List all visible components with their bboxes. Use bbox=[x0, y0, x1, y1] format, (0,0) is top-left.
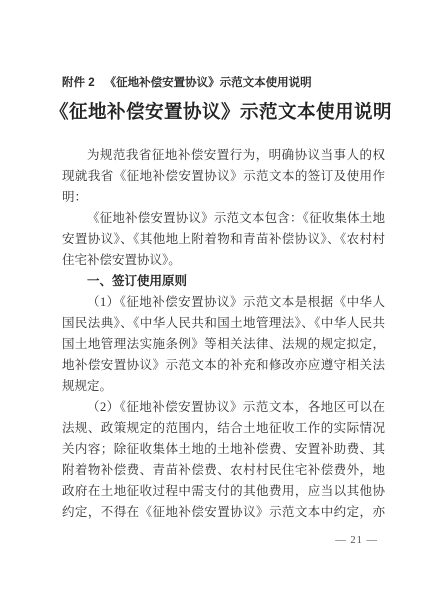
body-line-10: 国土地管理法实施条例》等相关法律、法规的规定拟定，对《征 bbox=[62, 334, 385, 355]
body-line-11: 地补偿安置协议》示范文本的补充和修改亦应遵守相关法律、法 bbox=[62, 355, 385, 376]
body-line-5: 安置协议》、《其他地上附着物和青苗补偿协议》、《农村村民 bbox=[62, 229, 385, 250]
body-line-15: 关内容；除征收集体土地的土地补偿费、安置补助费、其他地上 bbox=[62, 439, 385, 460]
page-number: — 21 — bbox=[335, 535, 378, 547]
body-line-2: 现就我省《征地补偿安置协议》示范文本的签订及使用作以下说 bbox=[62, 166, 385, 187]
body-line-3: 明： bbox=[62, 187, 385, 208]
document-body: 为规范我省征地补偿安置行为，明确协议当事人的权利义务， 现就我省《征地补偿安置协… bbox=[62, 145, 385, 523]
body-line-4: 《征地补偿安置协议》示范文本包含：《征收集体土地补偿 bbox=[62, 208, 385, 229]
body-line-1: 为规范我省征地补偿安置行为，明确协议当事人的权利义务， bbox=[62, 145, 385, 166]
body-line-13: （2）《征地补偿安置协议》示范文本，各地区可以在法律、 bbox=[62, 397, 385, 418]
body-line-14: 法规、政策规定的范围内，结合土地征收工作的实际情况补充相 bbox=[62, 418, 385, 439]
attachment-label: 附件 2 bbox=[62, 77, 95, 89]
body-line-8: （1）《征地补偿安置协议》示范文本是根据《中华人民共和 bbox=[62, 292, 385, 313]
body-line-6: 住宅补偿安置协议》。 bbox=[62, 250, 385, 271]
section-heading: 一、签订使用原则 bbox=[62, 271, 385, 292]
attachment-heading-title: 《征地补偿安置协议》示范文本使用说明 bbox=[105, 77, 312, 89]
body-line-18: 约定，不得在《征地补偿安置协议》示范文本中约定，亦不得作 bbox=[62, 502, 385, 523]
document-page: 附件 2《征地补偿安置协议》示范文本使用说明 《征地补偿安置协议》示范文本使用说… bbox=[0, 0, 424, 600]
body-line-9: 国民法典》、《中华人民共和国土地管理法》、《中华人民共和 bbox=[62, 313, 385, 334]
body-line-17: 政府在土地征收过程中需支付的其他费用，应当以其他协议进行 bbox=[62, 481, 385, 502]
document-title: 《征地补偿安置协议》示范文本使用说明 bbox=[40, 100, 402, 126]
body-line-12: 规规定。 bbox=[62, 376, 385, 397]
body-line-16: 附着物补偿费、青苗补偿费、农村村民住宅补偿费外，地方人民 bbox=[62, 460, 385, 481]
attachment-heading: 附件 2《征地补偿安置协议》示范文本使用说明 bbox=[62, 76, 312, 90]
